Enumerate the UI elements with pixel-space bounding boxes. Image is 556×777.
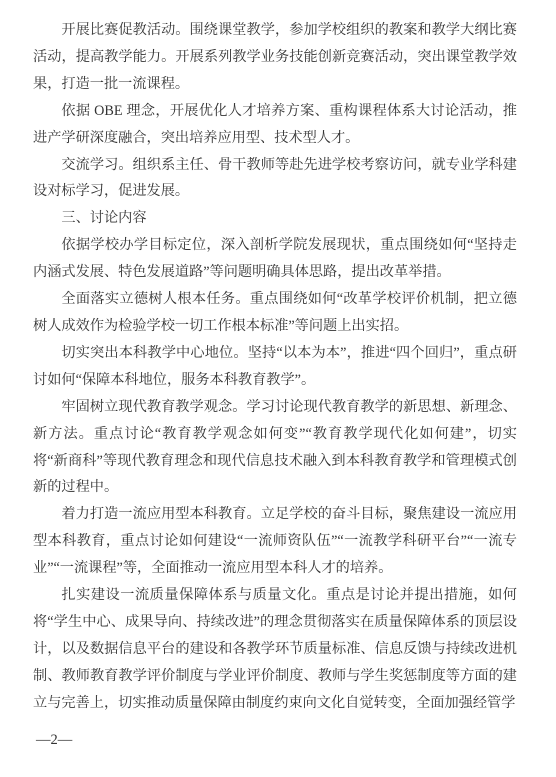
paragraph-modern-education-concepts: 牢固树立现代教育教学观念。学习讨论现代教育教学的新思想、新理念、新方法。重点讨论… xyxy=(33,394,517,502)
paragraph-moral-education: 全面落实立德树人根本任务。重点围绕如何“改革学校评价机制，把立德树人成效作为检验… xyxy=(33,286,517,340)
page-number: —2— xyxy=(36,730,72,750)
paragraph-undergraduate-teaching: 切实突出本科教学中心地位。坚持“以本为本”，推进“四个回归”，重点研讨如何“保障… xyxy=(33,340,517,394)
section-heading-discussion-content: 三、讨论内容 xyxy=(33,205,517,232)
document-content: 开展比赛促教活动。围绕课堂教学，参加学校组织的教案和教学大纲比赛活动，提高教学能… xyxy=(33,17,517,717)
paragraph-obe-concept: 依据 OBE 理念，开展优化人才培养方案、重构课程体系大讨论活动，推进产学研深度… xyxy=(33,98,517,152)
paragraph-exchange-learning: 交流学习。组织系主任、骨干教师等赴先进学校考察访问，就专业学科建设对标学习，促进… xyxy=(33,152,517,206)
document-page: 开展比赛促教活动。围绕课堂教学，参加学校组织的教案和教学大纲比赛活动，提高教学能… xyxy=(0,0,556,777)
paragraph-quality-assurance: 扎实建设一流质量保障体系与质量文化。重点是讨论并提出措施，如何将“学生中心、成果… xyxy=(33,582,517,717)
paragraph-school-positioning: 依据学校办学目标定位，深入剖析学院发展现状，重点围绕如何“坚持走内涵式发展、特色… xyxy=(33,232,517,286)
paragraph-first-class-education: 着力打造一流应用型本科教育。立足学校的奋斗目标，聚焦建设一流应用型本科教育，重点… xyxy=(33,501,517,582)
paragraph-competition-activities: 开展比赛促教活动。围绕课堂教学，参加学校组织的教案和教学大纲比赛活动，提高教学能… xyxy=(33,17,517,98)
